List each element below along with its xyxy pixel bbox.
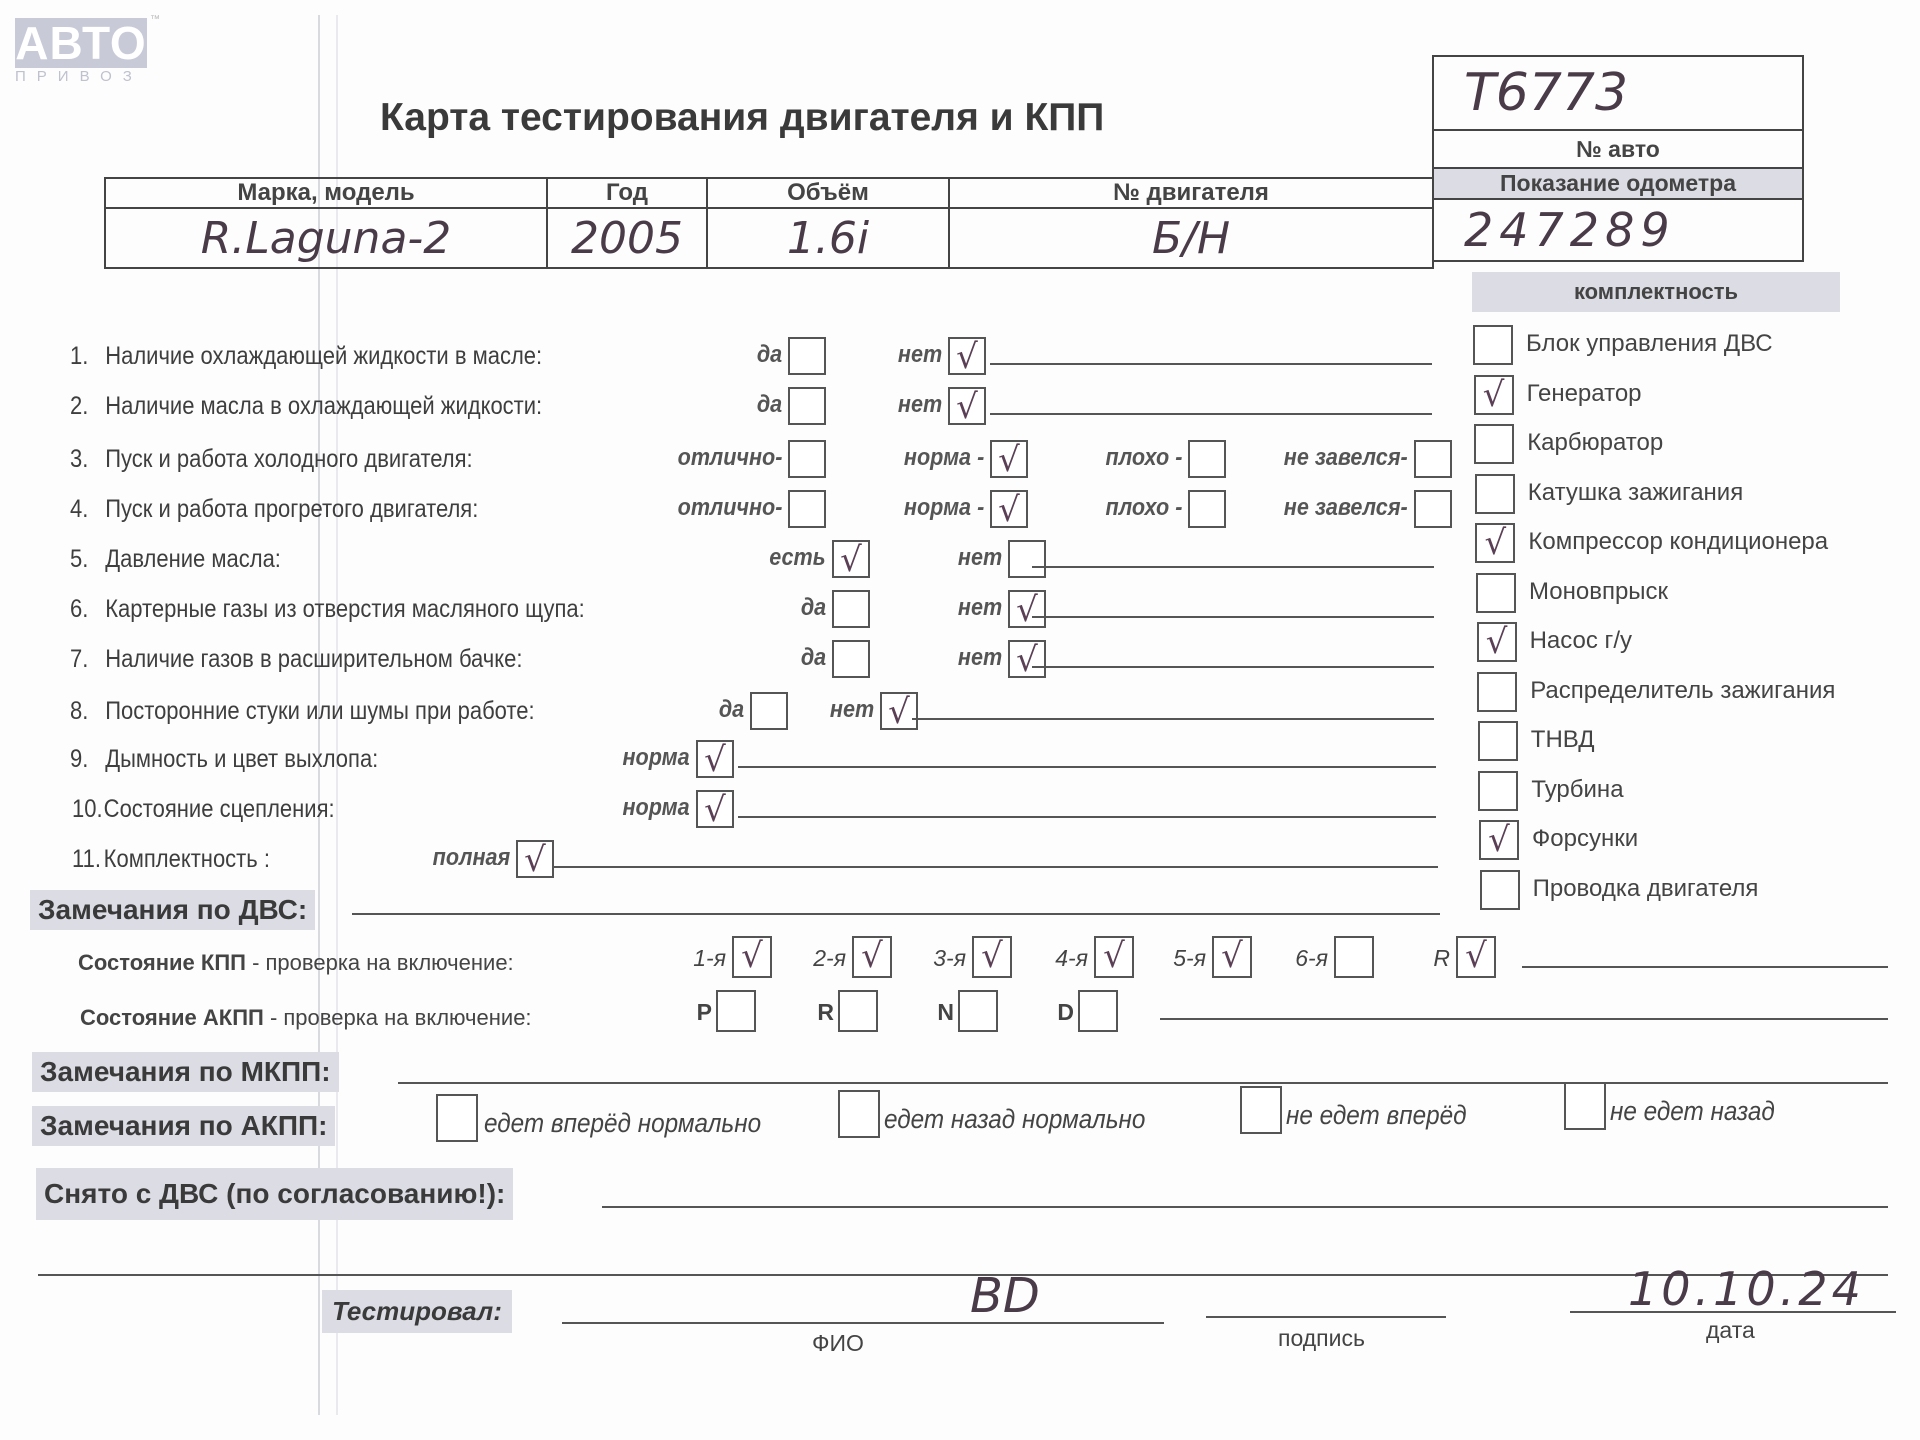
col-header-engine-number: № двигателя: [949, 178, 1433, 208]
col-header-volume: Объём: [707, 178, 949, 208]
checklist-item-number: 4.: [70, 495, 105, 524]
completeness-item-label: Компрессор кондиционера: [1528, 528, 1828, 556]
check-mark-icon: √: [704, 740, 726, 780]
completeness-checkbox[interactable]: [1480, 870, 1520, 910]
checklist-item-number: 2.: [70, 392, 105, 421]
checklist-item-number: 1.: [70, 342, 105, 371]
akpp-position-label: P: [662, 999, 712, 1026]
auto-gearbox-label: Состояние АКПП - проверка на включение:: [80, 1005, 532, 1031]
checklist-option-label: да: [757, 341, 782, 369]
checklist-item-number: 3.: [70, 445, 105, 474]
checklist-option-label: отлично-: [677, 494, 782, 522]
checklist-item-number: 10.: [72, 795, 104, 824]
gear-label: 3-я: [916, 945, 966, 972]
odometer-field[interactable]: 247289: [1434, 200, 1802, 260]
engine-number-field[interactable]: Б/Н: [949, 208, 1433, 268]
date-caption: дата: [1706, 1317, 1755, 1344]
checklist-item-text: Состояние сцепления:: [104, 795, 335, 823]
checklist-item-text: Давление масла:: [105, 545, 281, 573]
date-line[interactable]: [1570, 1311, 1896, 1313]
check-mark-icon: √: [956, 337, 978, 377]
akpp-remark-label: не едет назад: [1610, 1096, 1775, 1127]
col-header-make-model: Марка, модель: [105, 178, 547, 208]
signature-line[interactable]: [1206, 1316, 1446, 1318]
checklist-option-checkbox[interactable]: [788, 387, 826, 425]
checklist-option-checkbox[interactable]: √: [516, 840, 554, 878]
checklist-option-label: норма -: [904, 494, 984, 522]
checklist-item-label: 10.Состояние сцепления:: [72, 795, 335, 824]
checklist-item-label: 8.Посторонние стуки или шумы при работе:: [70, 697, 535, 726]
signature-caption: подпись: [1278, 1325, 1365, 1352]
completeness-checkbox[interactable]: √: [1475, 523, 1515, 563]
checklist-option-label: да: [719, 696, 744, 724]
engine-remarks-line[interactable]: [352, 913, 1440, 915]
akpp-position-label: R: [784, 999, 834, 1026]
vehicle-info-table: Марка, модель Год Объём № двигателя R.La…: [104, 177, 1434, 269]
check-mark-icon: √: [524, 840, 546, 880]
checklist-option-label: норма: [623, 794, 690, 822]
completeness-item-label: Карбюратор: [1527, 429, 1663, 457]
checklist-remarks-line[interactable]: [990, 413, 1432, 415]
check-mark-icon: √: [1485, 523, 1507, 563]
volume-field[interactable]: 1.6i: [707, 208, 949, 268]
checklist-option-checkbox[interactable]: [832, 590, 870, 628]
completeness-item-label: Генератор: [1527, 380, 1642, 408]
gear-checkbox[interactable]: √: [1094, 936, 1134, 978]
completeness-item-label: Распределитель зажигания: [1530, 677, 1835, 705]
completeness-item-label: Блок управления ДВС: [1526, 330, 1773, 358]
checklist-item-number: 8.: [70, 697, 105, 726]
akpp-remark-checkbox[interactable]: [838, 1090, 880, 1138]
checklist-option-checkbox[interactable]: √: [696, 790, 734, 828]
completeness-item-label: Турбина: [1531, 776, 1623, 804]
akpp-remark-label: не едет вперёд: [1286, 1100, 1467, 1131]
checklist-item-number: 7.: [70, 645, 105, 674]
check-mark-icon: √: [741, 936, 763, 976]
akpp-position-checkbox[interactable]: [958, 990, 998, 1032]
checklist-option-checkbox[interactable]: [832, 640, 870, 678]
checklist-option-checkbox[interactable]: [788, 440, 826, 478]
checklist-option-label: полная: [432, 844, 510, 872]
logo: АВТО: [15, 18, 147, 68]
checklist-option-checkbox[interactable]: √: [1008, 590, 1046, 628]
checklist-option-label: нет: [898, 391, 942, 419]
gear-checkbox[interactable]: √: [1456, 936, 1496, 978]
engine-remarks-label: Замечания по ДВС:: [30, 890, 315, 930]
tester-name-value[interactable]: BD: [970, 1268, 1040, 1324]
completeness-item-label: Проводка двигателя: [1533, 875, 1759, 903]
completeness-item-label: ТНВД: [1531, 726, 1595, 754]
gear-checkbox[interactable]: √: [852, 936, 892, 978]
check-mark-icon: √: [1221, 936, 1243, 976]
checklist-option-label: есть: [770, 544, 826, 572]
checklist-option-label: нет: [898, 341, 942, 369]
checklist-item-text: Пуск и работа холодного двигателя:: [105, 445, 472, 473]
check-mark-icon: √: [998, 490, 1020, 530]
checklist-option-checkbox[interactable]: √: [990, 440, 1028, 478]
completeness-checkbox[interactable]: [1476, 573, 1516, 613]
checklist-option-label: да: [801, 644, 826, 672]
akpp-position-label: D: [1024, 999, 1074, 1026]
gear-label: 6-я: [1278, 945, 1328, 972]
checklist-option-label: плохо -: [1105, 494, 1182, 522]
checklist-option-checkbox[interactable]: [1188, 490, 1226, 528]
akpp-position-checkbox[interactable]: [716, 990, 756, 1032]
checklist-option-label: отлично-: [677, 444, 782, 472]
akpp-remark-label: едет вперёд нормально: [484, 1108, 761, 1139]
checklist-option-label: нет: [958, 644, 1002, 672]
completeness-checkbox[interactable]: [1477, 672, 1517, 712]
completeness-title: комплектность: [1472, 272, 1840, 312]
removed-from-engine-label: Снято с ДВС (по согласованию!):: [36, 1168, 513, 1220]
checklist-item-text: Наличие масла в охлаждающей жидкости:: [105, 392, 542, 420]
akpp-remark-checkbox[interactable]: [436, 1094, 478, 1142]
gear-checkbox[interactable]: √: [1212, 936, 1252, 978]
checklist-item-text: Комплектность :: [104, 845, 270, 873]
checklist-item-number: 11.: [72, 845, 104, 874]
check-mark-icon: √: [956, 387, 978, 427]
checklist-item-label: 1.Наличие охлаждающей жидкости в масле:: [70, 342, 542, 371]
completeness-item-label: Форсунки: [1532, 825, 1638, 853]
check-mark-icon: √: [998, 440, 1020, 480]
checklist-option-checkbox[interactable]: [788, 490, 826, 528]
checklist-option-checkbox[interactable]: [1188, 440, 1226, 478]
auto-gearbox-label-rest: - проверка на включение:: [264, 1005, 532, 1030]
checklist-remarks-line[interactable]: [990, 363, 1432, 365]
tested-by-label: Тестировал:: [322, 1290, 512, 1333]
tester-name-line[interactable]: [562, 1322, 1164, 1324]
completeness-checkbox[interactable]: √: [1474, 375, 1514, 415]
checklist-item-label: 6.Картерные газы из отверстия масляного …: [70, 595, 585, 624]
checklist-item-label: 11.Комплектность :: [72, 845, 270, 874]
gear-checkbox[interactable]: √: [972, 936, 1012, 978]
checklist-option-checkbox[interactable]: [1414, 440, 1452, 478]
logo-subtitle: ПРИВОЗ: [15, 68, 155, 85]
checklist-item-label: 9.Дымность и цвет выхлопа:: [70, 745, 378, 774]
checklist-option-label: нет: [830, 696, 874, 724]
checklist-remarks-line[interactable]: [738, 816, 1436, 818]
completeness-item-label: Моновпрыск: [1529, 578, 1668, 606]
logo-trademark: ™: [150, 14, 160, 25]
completeness-checkbox[interactable]: [1473, 325, 1513, 365]
gear-checkbox[interactable]: [1334, 936, 1374, 978]
completeness-checkbox[interactable]: [1474, 424, 1514, 464]
manual-gearbox-line[interactable]: [1522, 966, 1888, 968]
col-header-year: Год: [547, 178, 707, 208]
akpp-position-checkbox[interactable]: [838, 990, 878, 1032]
checklist-item-label: 7.Наличие газов в расширительном бачке:: [70, 645, 522, 674]
removed-from-engine-line[interactable]: [602, 1206, 1888, 1208]
akpp-position-label: N: [904, 999, 954, 1026]
auto-gearbox-label-bold: Состояние АКПП: [80, 1005, 264, 1030]
checklist-option-label: не завелся-: [1284, 494, 1408, 522]
checklist-item-number: 5.: [70, 545, 105, 574]
checklist-item-label: 3.Пуск и работа холодного двигателя:: [70, 445, 473, 474]
checklist-option-checkbox[interactable]: √: [832, 540, 870, 578]
gear-label: R: [1400, 945, 1450, 972]
checklist-item-text: Дымность и цвет выхлопа:: [105, 745, 378, 773]
manual-gearbox-label-bold: Состояние КПП: [78, 950, 246, 975]
checklist-option-checkbox[interactable]: [750, 692, 788, 730]
checklist-item-text: Картерные газы из отверстия масляного щу…: [105, 595, 585, 623]
checklist-option-checkbox[interactable]: √: [1008, 640, 1046, 678]
checklist-option-label: норма: [623, 744, 690, 772]
checklist-remarks-line[interactable]: [1032, 566, 1434, 568]
checklist-remarks-line[interactable]: [1032, 666, 1434, 668]
checklist-item-number: 6.: [70, 595, 105, 624]
checklist-item-label: 4.Пуск и работа прогретого двигателя:: [70, 495, 478, 524]
checklist-item-number: 9.: [70, 745, 105, 774]
gear-label: 4-я: [1038, 945, 1088, 972]
akpp-position-checkbox[interactable]: [1078, 990, 1118, 1032]
manual-gearbox-label: Состояние КПП - проверка на включение:: [78, 950, 514, 976]
checklist-option-label: да: [801, 594, 826, 622]
check-mark-icon: √: [840, 540, 862, 580]
gear-checkbox[interactable]: √: [732, 936, 772, 978]
akpp-remark-checkbox[interactable]: [1564, 1082, 1606, 1130]
check-mark-icon: √: [861, 936, 883, 976]
checklist-item-text: Наличие охлаждающей жидкости в масле:: [105, 342, 542, 370]
checklist-option-label: нет: [958, 544, 1002, 572]
car-info-box: T6773 № авто Показание одометра 247289: [1432, 55, 1804, 262]
checklist-option-checkbox[interactable]: √: [948, 387, 986, 425]
gear-label: 5-я: [1156, 945, 1206, 972]
mkpp-remarks-line[interactable]: [398, 1082, 1888, 1084]
checklist-option-label: плохо -: [1105, 444, 1182, 472]
checklist-option-checkbox[interactable]: [788, 337, 826, 375]
akpp-remarks-label: Замечания по АКПП:: [32, 1106, 335, 1146]
date-value[interactable]: 10.10.24: [1628, 1262, 1865, 1316]
checklist-remarks-line[interactable]: [1032, 616, 1434, 618]
completeness-checkbox[interactable]: [1478, 771, 1518, 811]
akpp-remark-label: едет назад нормально: [884, 1104, 1145, 1135]
checklist-option-label: да: [757, 391, 782, 419]
gear-label: 1-я: [676, 945, 726, 972]
check-mark-icon: √: [888, 692, 910, 732]
check-mark-icon: √: [1016, 590, 1038, 630]
check-mark-icon: √: [1465, 936, 1487, 976]
check-mark-icon: √: [704, 790, 726, 830]
completeness-checkbox[interactable]: √: [1479, 820, 1519, 860]
completeness-item-label: Катушка зажигания: [1528, 479, 1743, 507]
checklist-option-checkbox[interactable]: √: [948, 337, 986, 375]
checklist-item-text: Пуск и работа прогретого двигателя:: [105, 495, 478, 523]
completeness-item-label: Насос г/у: [1530, 627, 1632, 655]
check-mark-icon: √: [981, 936, 1003, 976]
tester-name-caption: ФИО: [812, 1330, 864, 1357]
removed-from-engine-line-2[interactable]: [38, 1274, 1888, 1276]
checklist-option-checkbox[interactable]: √: [880, 692, 918, 730]
checklist-option-checkbox[interactable]: √: [696, 740, 734, 778]
checklist-option-label: не завелся-: [1284, 444, 1408, 472]
completeness-checkbox[interactable]: [1478, 721, 1518, 761]
checklist-option-checkbox[interactable]: √: [990, 490, 1028, 528]
page-title: Карта тестирования двигателя и КПП: [380, 96, 1104, 140]
year-field[interactable]: 2005: [547, 208, 707, 268]
check-mark-icon: √: [1483, 375, 1505, 415]
checklist-item-label: 5.Давление масла:: [70, 545, 281, 574]
gear-label: 2-я: [796, 945, 846, 972]
completeness-checkbox[interactable]: √: [1477, 622, 1517, 662]
checklist-remarks-line[interactable]: [912, 718, 1434, 720]
checklist-option-checkbox[interactable]: [1414, 490, 1452, 528]
car-number-field[interactable]: T6773: [1434, 57, 1802, 131]
completeness-checkbox[interactable]: [1475, 474, 1515, 514]
manual-gearbox-label-rest: - проверка на включение:: [246, 950, 514, 975]
checklist-option-label: нет: [958, 594, 1002, 622]
car-number-label: № авто: [1434, 131, 1802, 169]
auto-gearbox-line[interactable]: [1160, 1018, 1888, 1020]
akpp-remark-checkbox[interactable]: [1240, 1086, 1282, 1134]
checklist-item-text: Наличие газов в расширительном бачке:: [105, 645, 522, 673]
check-mark-icon: √: [1103, 936, 1125, 976]
mkpp-remarks-label: Замечания по МКПП:: [32, 1052, 339, 1092]
checklist-option-label: норма -: [904, 444, 984, 472]
checklist-item-text: Посторонние стуки или шумы при работе:: [105, 697, 534, 725]
checklist-item-label: 2.Наличие масла в охлаждающей жидкости:: [70, 392, 542, 421]
odometer-label: Показание одометра: [1434, 169, 1802, 200]
check-mark-icon: √: [1488, 820, 1510, 860]
check-mark-icon: √: [1486, 622, 1508, 662]
checklist-remarks-line[interactable]: [554, 866, 1438, 868]
checklist-remarks-line[interactable]: [738, 766, 1436, 768]
checklist-option-checkbox[interactable]: [1008, 540, 1046, 578]
check-mark-icon: √: [1016, 640, 1038, 680]
make-model-field[interactable]: R.Laguna-2: [105, 208, 547, 268]
